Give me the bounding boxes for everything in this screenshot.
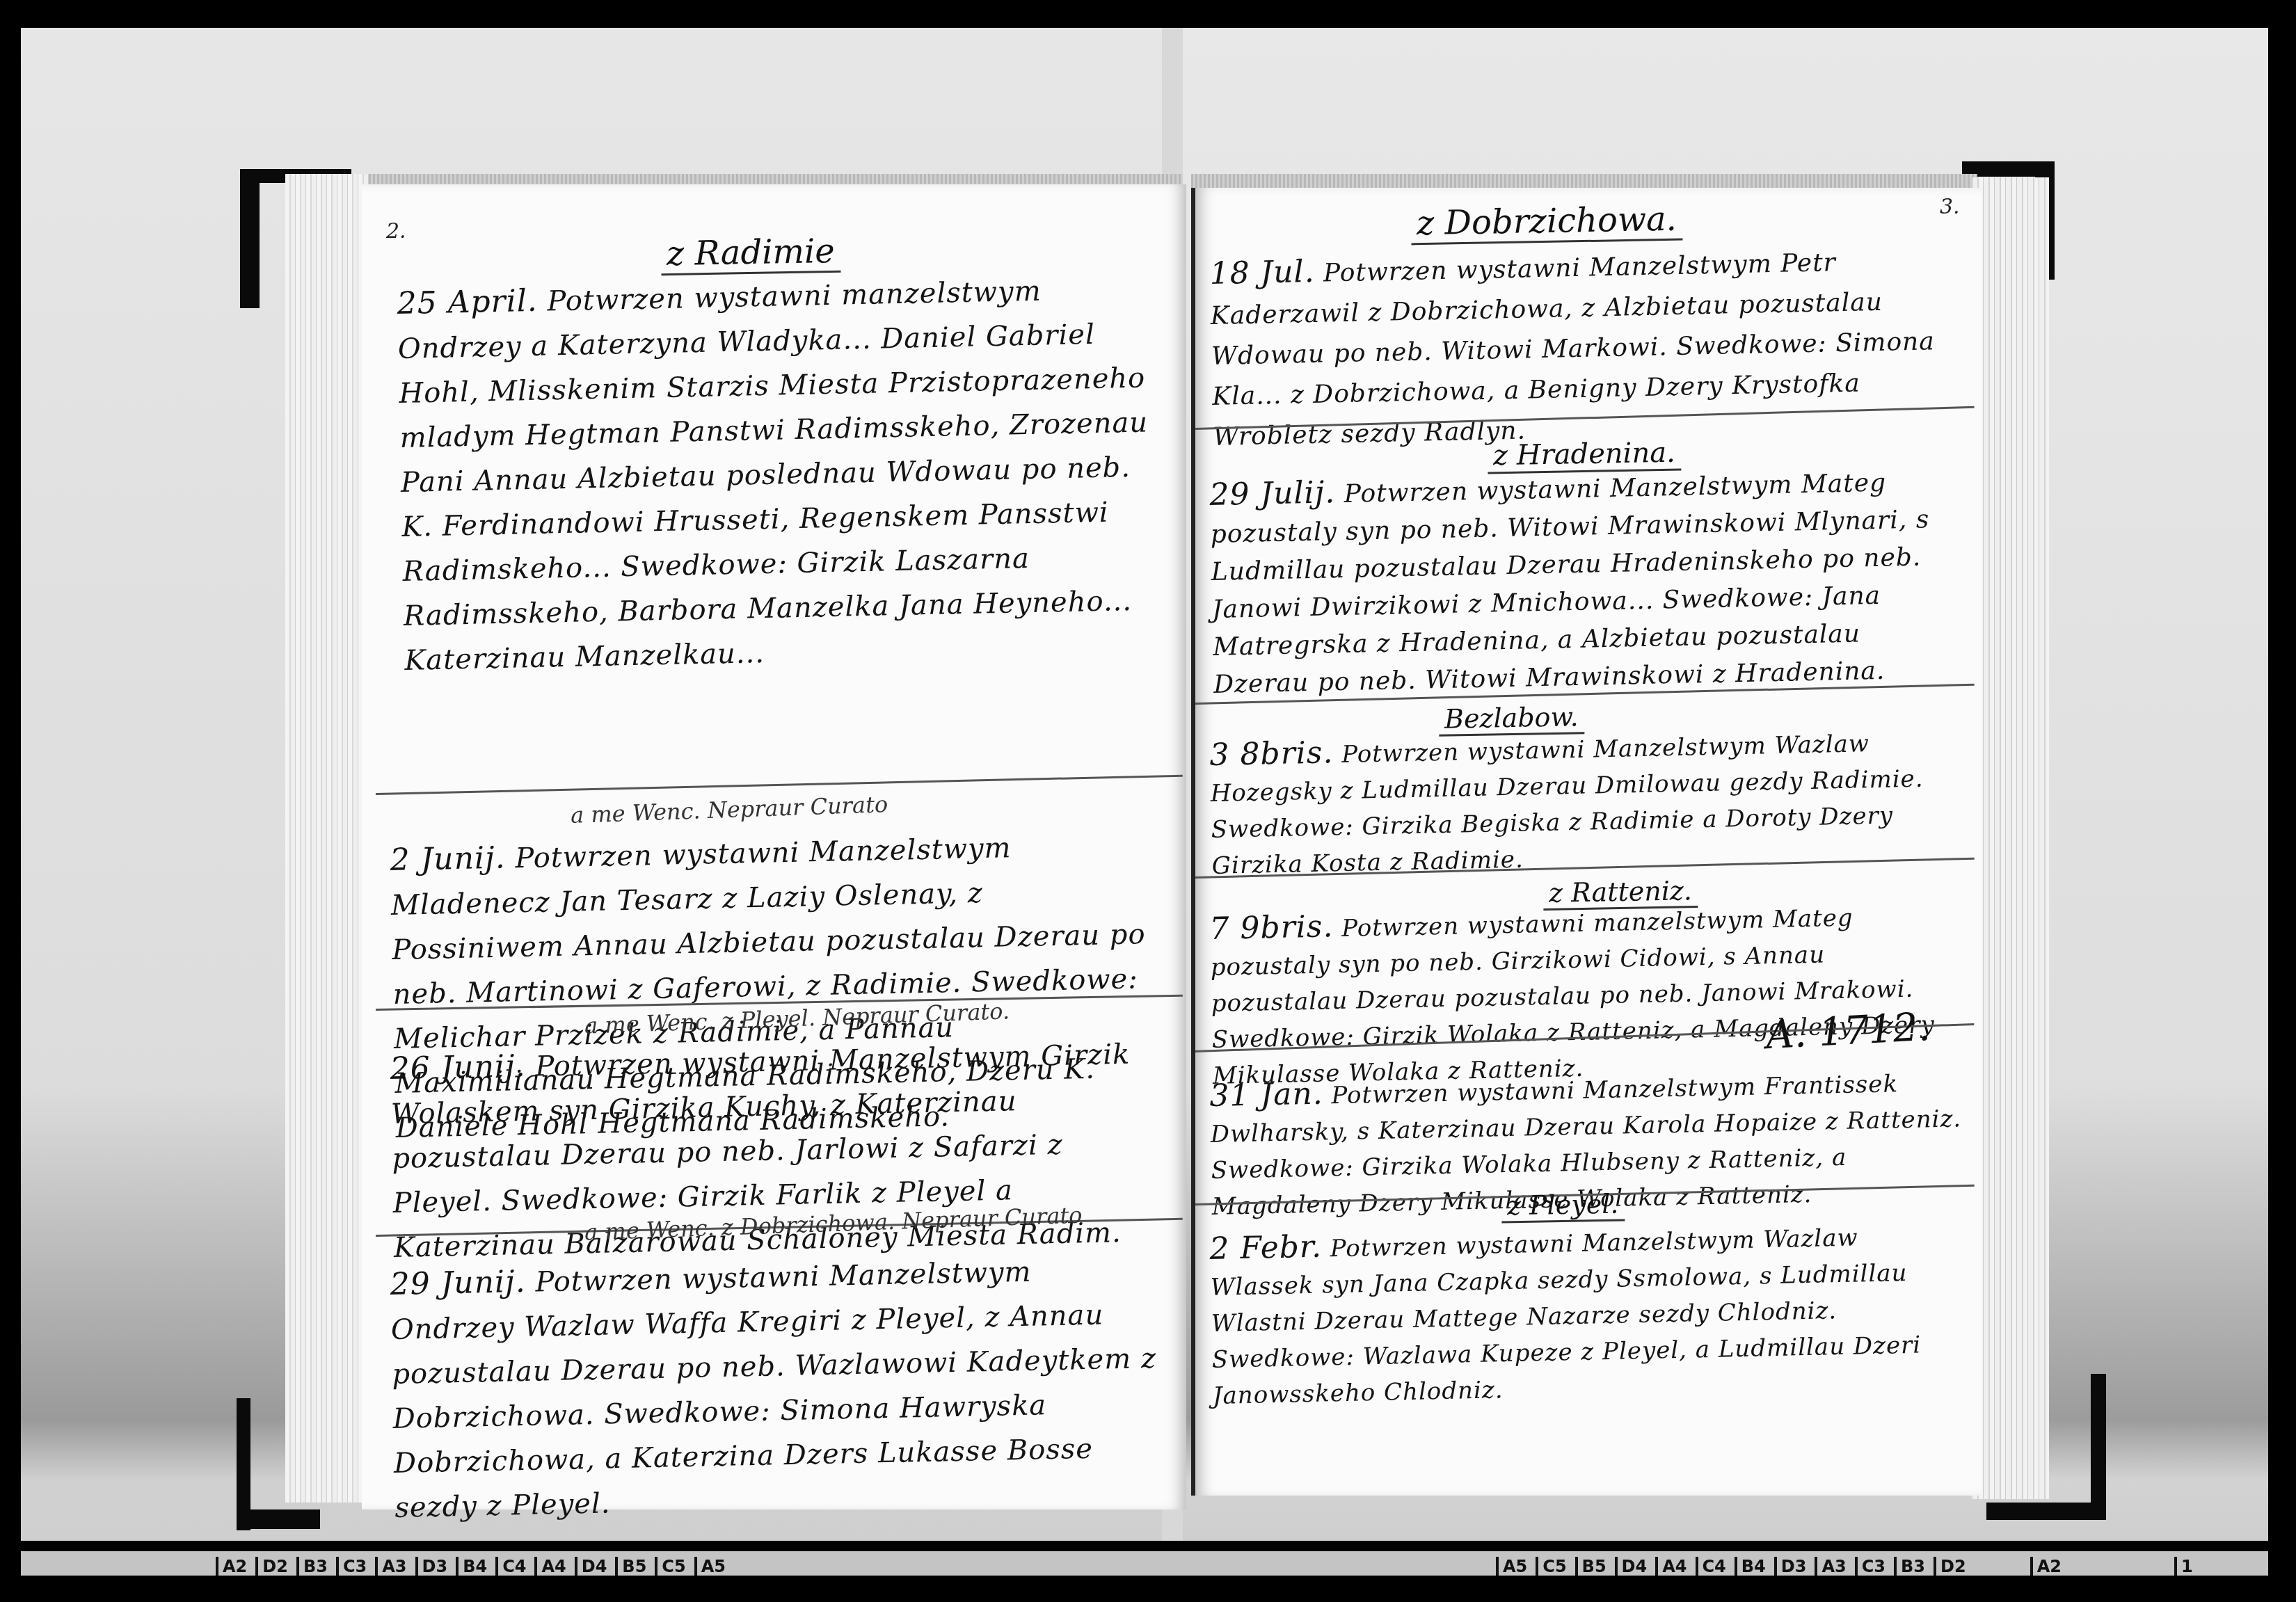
ruler-label: A2 <box>2030 1557 2070 1576</box>
folio-number: 2. <box>386 219 406 243</box>
ruler-label: A4 <box>534 1557 574 1576</box>
ruler-label: C4 <box>1696 1557 1735 1576</box>
entry-date: 2 Junij. <box>390 840 506 878</box>
entry-date: 25 April. <box>397 283 538 321</box>
ruler-label: A5 <box>694 1557 734 1576</box>
ruler-label: B4 <box>456 1557 495 1576</box>
left-page: 2. z Radimie 25 April. Potwrzen wystawni… <box>362 184 1186 1509</box>
ruler-label: B3 <box>1894 1557 1934 1576</box>
entry-date: 29 Julij. <box>1209 474 1336 513</box>
ruler-label: B3 <box>296 1557 336 1576</box>
ruler-label: D2 <box>255 1557 296 1576</box>
film-ruler-right: A5 C5 B5 D4 A4 C4 B4 D3 A3 C3 B3 D2 A2 1 <box>1496 1557 2201 1576</box>
book-top-edge <box>1191 174 1977 189</box>
ruler-label: B5 <box>1575 1557 1615 1576</box>
entry-text: Potwrzen wystawni manzelstwym Ondrzey a … <box>398 275 1149 677</box>
ruler-label: A2 <box>216 1557 255 1576</box>
corner-protector-bottom-right <box>2091 1374 2106 1520</box>
section-heading: z Pleyel. <box>1501 1188 1625 1223</box>
film-edge-bottom <box>0 1576 2296 1602</box>
ruler-label: D3 <box>1774 1557 1815 1576</box>
ruler-label: A4 <box>1655 1557 1695 1576</box>
entry-divider <box>376 775 1183 795</box>
right-page: 3. z Dobrzichowa. 18 Jul. Potwrzen wysta… <box>1191 188 1982 1496</box>
film-ruler-left: A2 D2 B3 C3 A3 D3 B4 C4 A4 D4 B5 C5 A5 <box>216 1557 734 1576</box>
corner-protector-bottom-right <box>1986 1503 2105 1520</box>
entry-date: 26 Junij. <box>390 1048 526 1087</box>
microfilm-frame: 2. z Radimie 25 April. Potwrzen wystawni… <box>0 0 2296 1602</box>
ruler-label: A3 <box>1815 1557 1854 1576</box>
ruler-label: D4 <box>575 1557 616 1576</box>
register-entry: 2 Febr. Potwrzen wystawni Manzelstwym Wa… <box>1209 1215 1964 1414</box>
register-entry: 25 April. Potwrzen wystawni manzelstwym … <box>397 266 1170 683</box>
corner-protector-top-left <box>240 169 260 308</box>
ruler-label: C5 <box>655 1557 694 1576</box>
film-edge-right <box>2270 0 2296 1602</box>
year-marker: A. 1712. <box>1764 1004 1931 1058</box>
entry-date: 3 8bris. <box>1209 735 1334 773</box>
page-edges-left <box>285 174 369 1503</box>
ruler-label: B5 <box>615 1557 655 1576</box>
ruler-label: A5 <box>1496 1557 1536 1576</box>
entry-date: 7 9bris. <box>1209 908 1334 947</box>
section-heading: z Dobrzichowa. <box>1411 200 1683 246</box>
ruler-label: A3 <box>375 1557 415 1576</box>
entry-date: 29 Junij. <box>390 1264 526 1302</box>
ruler-label: C5 <box>1536 1557 1574 1576</box>
ruler-label: C3 <box>336 1557 375 1576</box>
register-entry: 29 Junij. Potwrzen wystawni Manzelstwym … <box>390 1247 1161 1530</box>
register-entry: 29 Julij. Potwrzen wystawni Manzelstwym … <box>1209 460 1966 704</box>
ruler-label: D3 <box>415 1557 456 1576</box>
corner-protector-bottom-left <box>237 1509 320 1529</box>
ruler-label: 1 <box>2174 1557 2201 1576</box>
ruler-label: D2 <box>1934 1557 1975 1576</box>
section-heading: z Radimie <box>661 232 841 275</box>
entry-date: 18 Jul. <box>1209 254 1315 291</box>
ruler-label: C3 <box>1855 1557 1894 1576</box>
entry-date: 31 Jan. <box>1209 1076 1323 1114</box>
ruler-label: B4 <box>1735 1557 1774 1576</box>
entry-date: 2 Febr. <box>1209 1229 1323 1267</box>
ruler-label: C4 <box>495 1557 534 1576</box>
register-entry: 3 8bris. Potwrzen wystawni Manzelstwym W… <box>1209 721 1963 884</box>
entry-signature: a me Wenc. Nepraur Curato <box>570 791 888 828</box>
entry-text: Potwrzen wystawni Manzelstwym Petr Kader… <box>1210 248 1935 451</box>
folio-number: 3. <box>1940 195 1960 219</box>
ruler-label: D4 <box>1615 1557 1656 1576</box>
page-edges-right <box>1972 177 2049 1499</box>
